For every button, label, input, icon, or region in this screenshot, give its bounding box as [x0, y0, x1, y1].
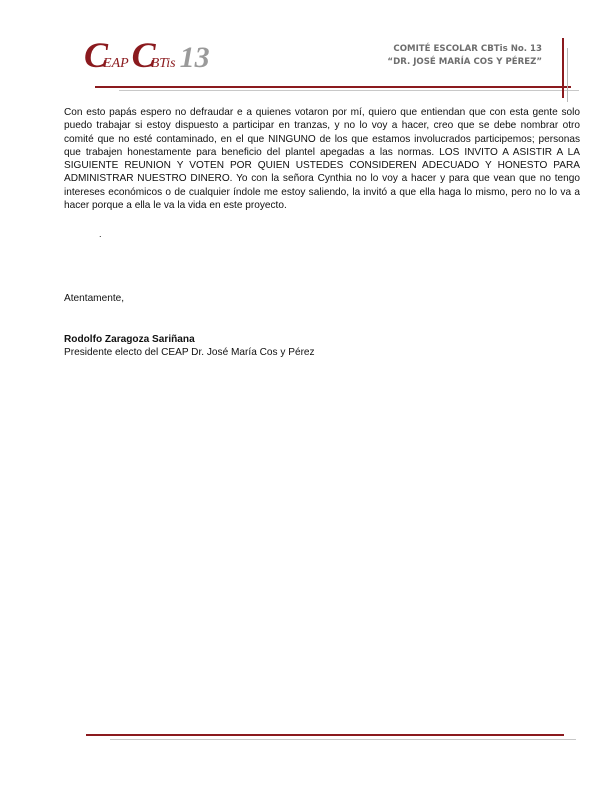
header-rule-red [95, 86, 571, 88]
stray-mark: . [99, 229, 102, 239]
signature-title: Presidente electo del CEAP Dr. José Marí… [64, 347, 315, 358]
signature-name: Rodolfo Zaragoza Sariñana [64, 334, 195, 345]
header-vertical-rule-red [562, 38, 564, 98]
letter-body-paragraph: Con esto papás espero no defraudar e a q… [64, 106, 580, 212]
header-vertical-rule-gray [567, 48, 568, 102]
org-line-2: “DR. JOSÉ MARÍA COS Y PÉREZ” [387, 56, 542, 69]
letterhead-logo: CEAPCBTis13 [84, 34, 210, 74]
logo-text-btis: BTis [151, 56, 176, 72]
logo-number: 13 [180, 41, 210, 74]
org-line-1: COMITÉ ESCOLAR CBTis No. 13 [387, 43, 542, 56]
footer-rule-gray [110, 739, 576, 740]
footer-rule-red [86, 734, 564, 736]
letter-closing: Atentamente, [64, 293, 124, 304]
logo-text-eap: EAP [103, 56, 129, 72]
header-rule-gray [119, 90, 579, 91]
organization-name: COMITÉ ESCOLAR CBTis No. 13 “DR. JOSÉ MA… [387, 43, 542, 69]
